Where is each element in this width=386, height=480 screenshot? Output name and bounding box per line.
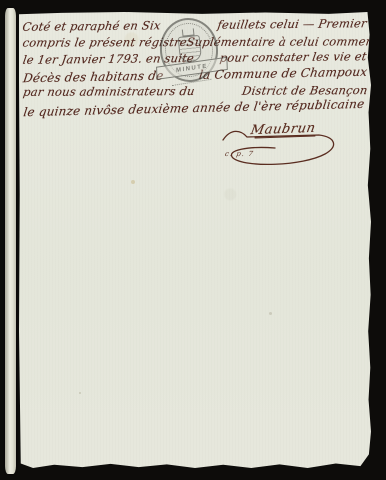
signature-name: Maubrun xyxy=(249,121,316,138)
manuscript-page: Coté et paraphé en Six feuillets celui —… xyxy=(19,12,371,468)
line-text: feuillets celui — Premier xyxy=(216,15,368,33)
paper-stain xyxy=(131,180,135,184)
signature-note: c. p. 7 xyxy=(224,150,254,158)
line-text: Coté et paraphé en Six xyxy=(21,17,161,35)
official-oval-stamp: MINUTE xyxy=(157,15,221,85)
signature-block: Maubrun c. p. 7 xyxy=(215,120,345,172)
binding-page-edge xyxy=(5,8,16,474)
paper-stain xyxy=(269,312,272,315)
line-text: par nous administrateurs du xyxy=(22,83,196,100)
document-scan: Coté et paraphé en Six feuillets celui —… xyxy=(0,0,386,480)
paper-stain xyxy=(79,392,81,394)
